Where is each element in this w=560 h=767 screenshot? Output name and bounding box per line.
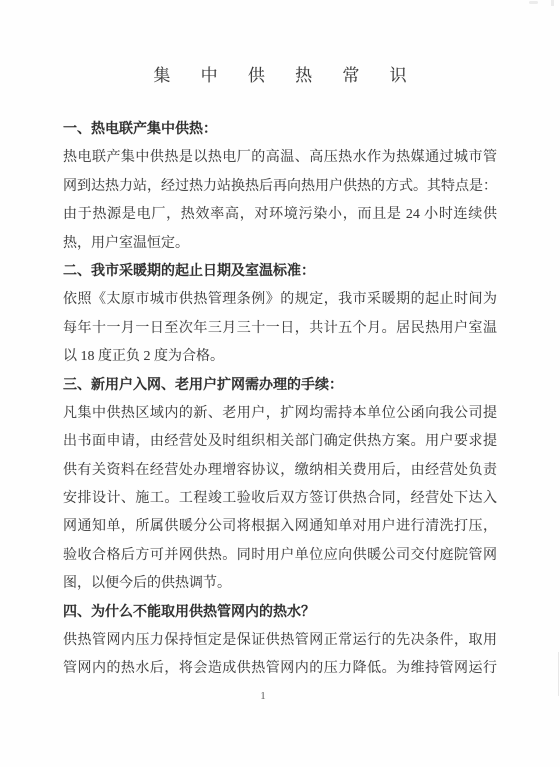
section-heading-3: 三、新用户入网、老用户扩网需办理的手续： — [63, 372, 497, 400]
document-body: 一、热电联产集中供热： 热电联产集中供热是以热电厂的高温、高压热水作为热媒通过城… — [63, 116, 497, 684]
document-title: 集 中 供 热 常 识 — [0, 0, 560, 88]
section-heading-2: 二、我市采暖期的起止日期及室温标准： — [63, 258, 497, 286]
text-line: 由于热源是电厂，热效率高，对环境污染小，而且是 24 小时连续供 — [63, 201, 497, 229]
text-line: 安排设计、施工。工程竣工验收后双方签订供热合同，经营处下达入 — [63, 485, 497, 513]
text-line: 热，用户室温恒定。 — [63, 230, 497, 258]
section-heading-4: 四、为什么不能取用供热管网内的热水？ — [63, 599, 497, 627]
text-line: 供热管网内压力保持恒定是保证供热管网正常运行的先决条件，取用 — [63, 627, 497, 655]
text-line: 供有关资料在经营处办理增容协议，缴纳相关费用后，由经营处负责 — [63, 457, 497, 485]
text-line: 热电联产集中供热是以热电厂的高温、高压热水作为热媒通过城市管 — [63, 144, 497, 172]
text-line: 以 18 度正负 2 度为合格。 — [63, 343, 497, 371]
text-line: 验收合格后方可并网供热。同时用户单位应向供暖公司交付庭院管网 — [63, 542, 497, 570]
text-line: 图，以便今后的供热调节。 — [63, 570, 497, 598]
text-line: 依照《太原市城市供热管理条例》的规定，我市采暖期的起止时间为 — [63, 286, 497, 314]
text-line: 网到达热力站，经过热力站换热后再向热用户供热的方式。其特点是： — [63, 173, 497, 201]
page-number: 1 — [46, 690, 480, 702]
text-line: 凡集中供热区域内的新、老用户，扩网均需持本单位公函向我公司提 — [63, 400, 497, 428]
section-heading-1: 一、热电联产集中供热： — [63, 116, 497, 144]
text-line: 出书面申请，由经营处及时组织相关部门确定供热方案。用户要求提 — [63, 428, 497, 456]
text-line: 网通知单，所属供暖分公司将根据入网通知单对用户进行清洗打压， — [63, 513, 497, 541]
scanned-document-page: 集 中 供 热 常 识 一、热电联产集中供热： 热电联产集中供热是以热电厂的高温… — [0, 0, 560, 767]
scan-artifact — [558, 652, 559, 696]
text-line: 每年十一月一日至次年三月三十一日，共计五个月。居民热用户室温 — [63, 315, 497, 343]
text-line: 管网内的热水后，将会造成供热管网内的压力降低。为维持管网运行 — [63, 655, 497, 683]
